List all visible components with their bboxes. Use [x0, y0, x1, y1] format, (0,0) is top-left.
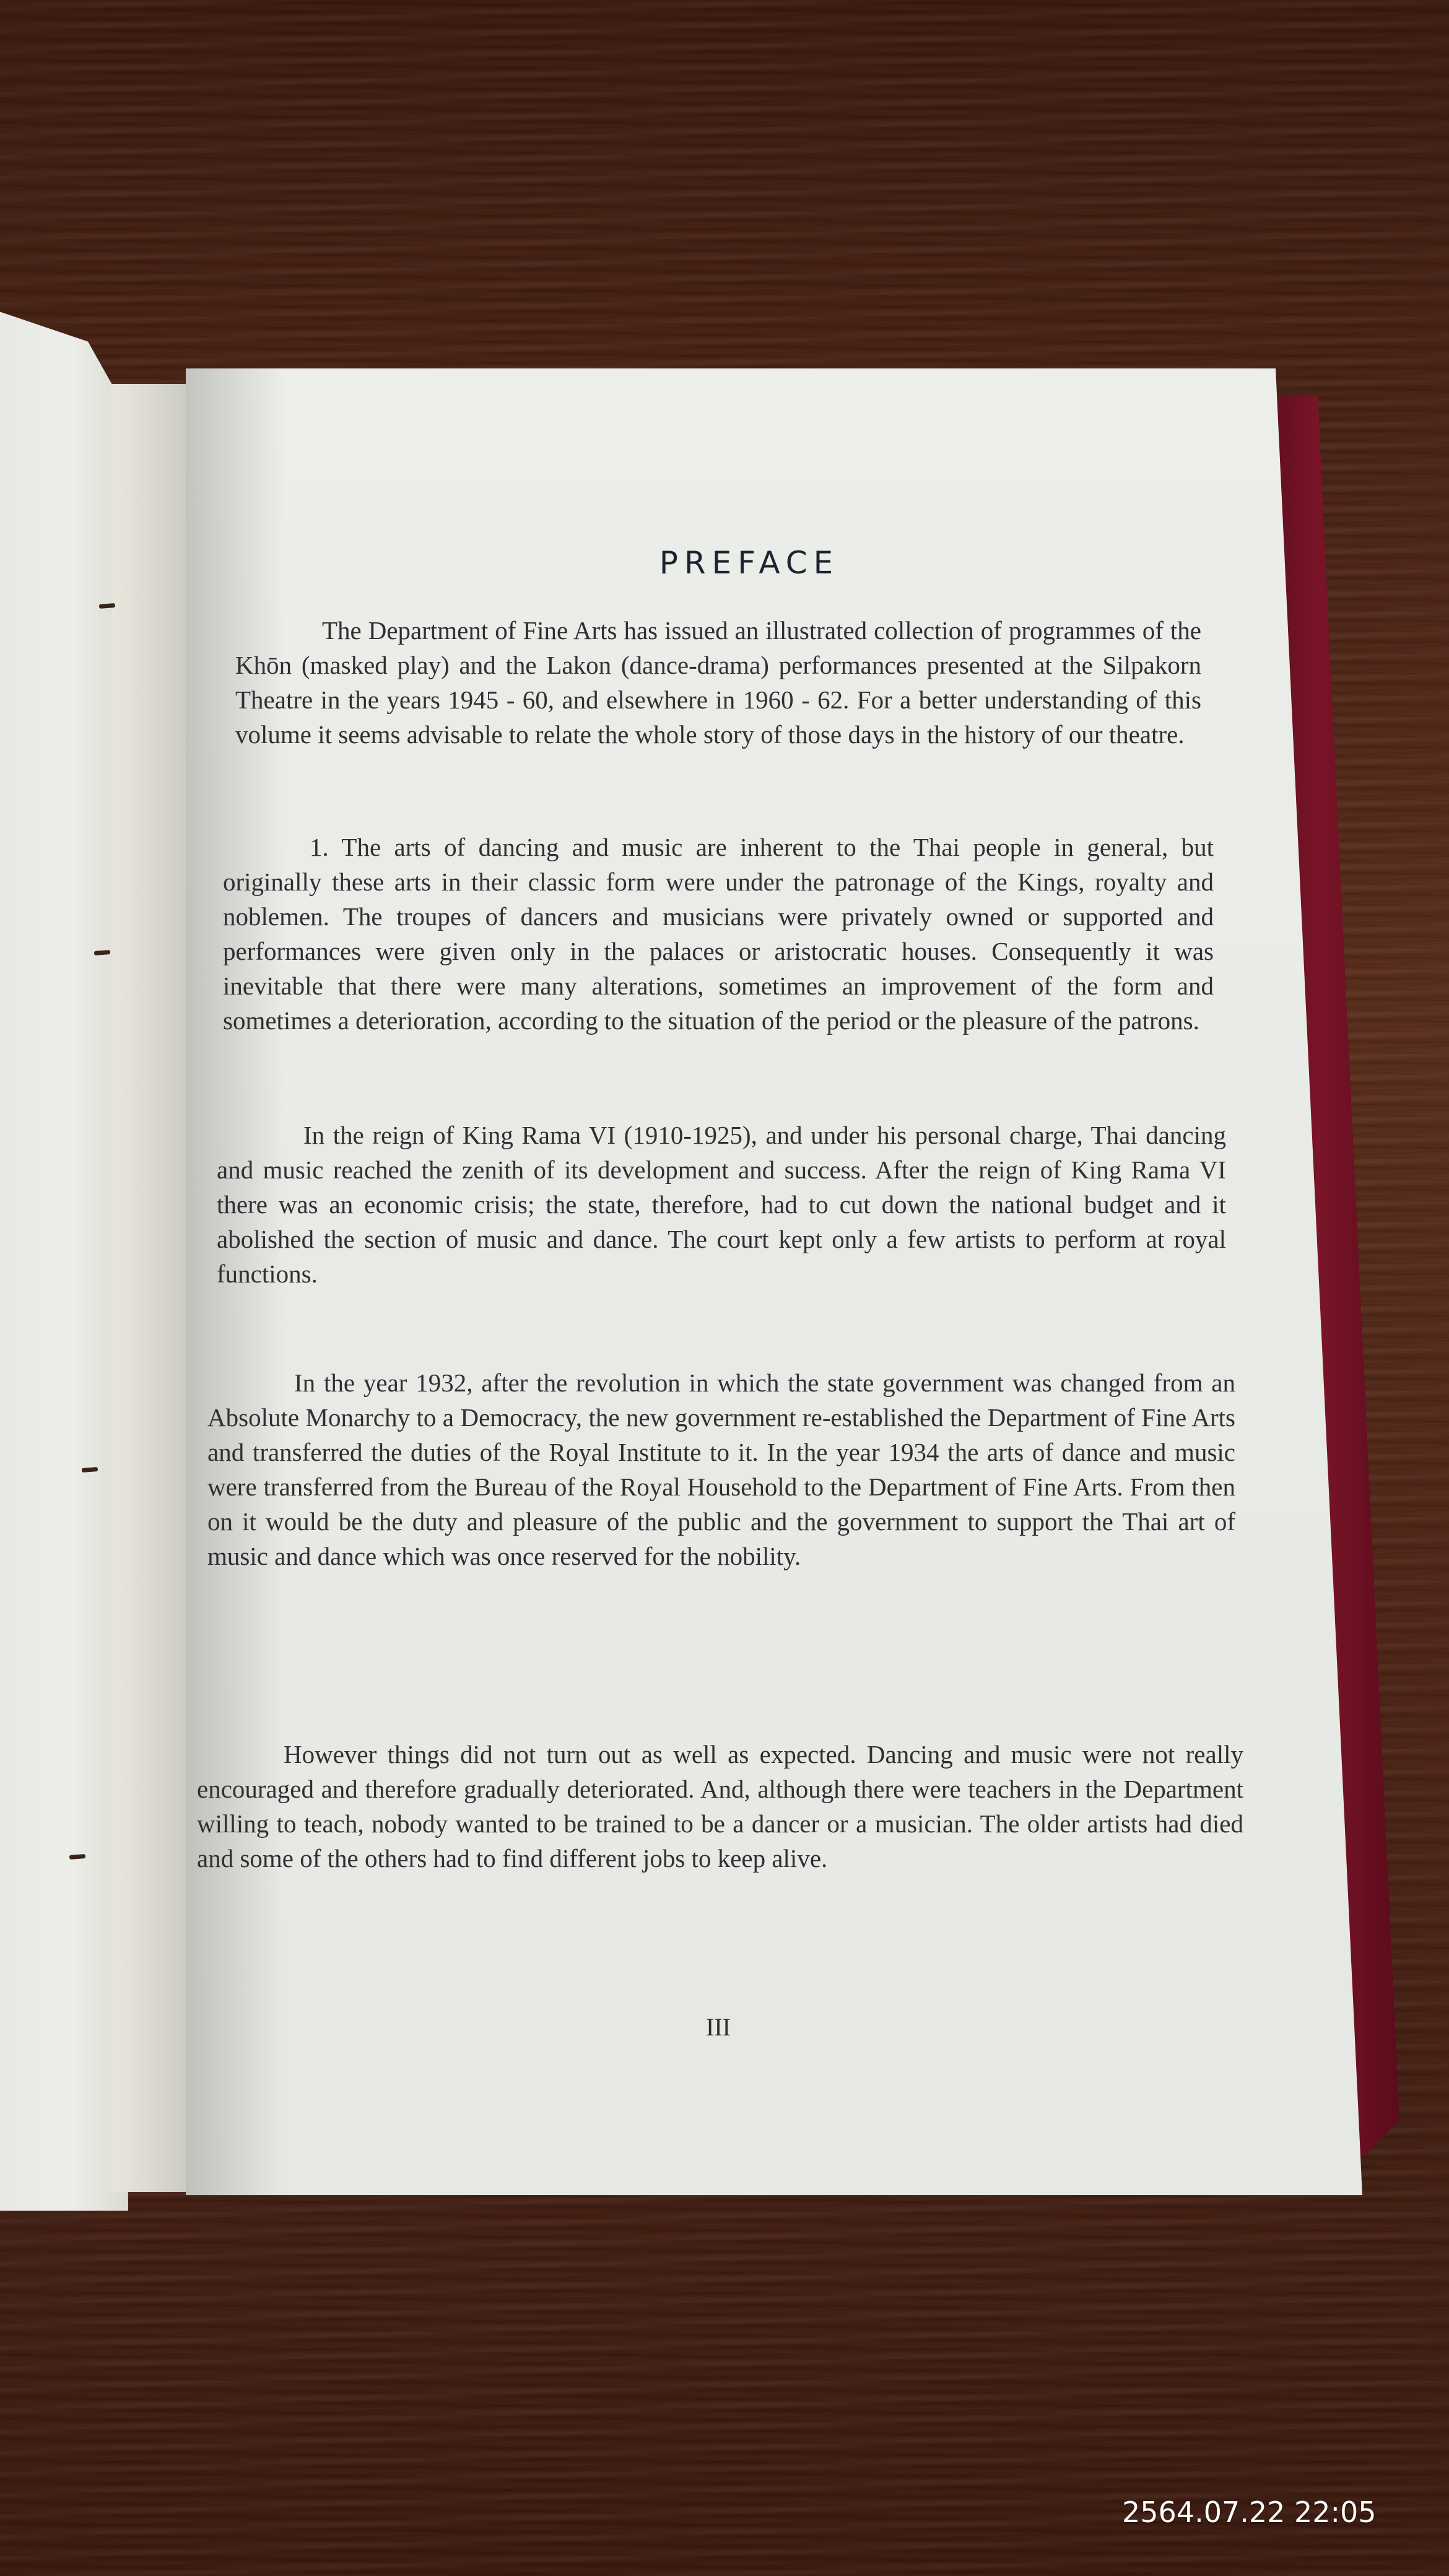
page-content: PREFACE The Department of Fine Arts has …: [186, 368, 1362, 2195]
paragraph-intro: The Department of Fine Arts has issued a…: [235, 613, 1201, 752]
paragraph-text: However things did not turn out as well …: [197, 1740, 1243, 1873]
paragraph-rama-vi: In the reign of King Rama VI (1910-1925)…: [217, 1118, 1226, 1291]
page-number: III: [186, 2012, 1189, 2042]
paragraph-text: In the year 1932, after the revolution i…: [207, 1368, 1235, 1570]
paragraph-text: 1. The arts of dancing and music are inh…: [223, 833, 1214, 1035]
photo-timestamp: 2564.07.22 22:05: [1122, 2495, 1377, 2529]
book-gutter: [111, 384, 192, 2192]
paragraph-section-1: 1. The arts of dancing and music are inh…: [223, 830, 1214, 1038]
paragraph-text: The Department of Fine Arts has issued a…: [235, 616, 1201, 749]
paragraph-text: In the reign of King Rama VI (1910-1925)…: [217, 1121, 1226, 1288]
page-title: PREFACE: [186, 545, 1220, 581]
paragraph-deterioration: However things did not turn out as well …: [197, 1737, 1243, 1876]
paragraph-1932-revolution: In the year 1932, after the revolution i…: [207, 1365, 1235, 1573]
